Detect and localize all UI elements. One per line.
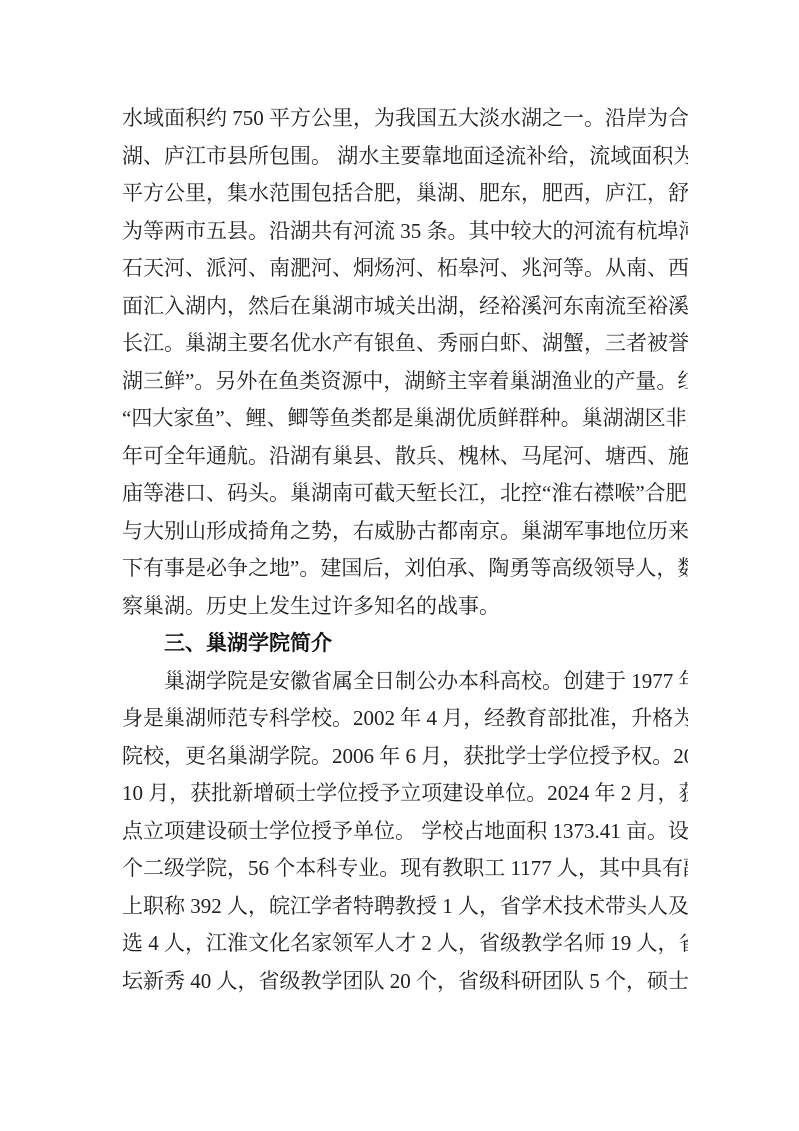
section-heading: 三、巢湖学院简介	[122, 625, 688, 663]
text-line: 坛新秀 40 人，省级教学团队 20 个，省级科研团队 5 个，硕士研究生	[122, 963, 688, 1001]
text-line: “四大家鱼”、鲤、鲫等鱼类都是巢湖优质鲜群种。巢湖湖区非大旱	[122, 400, 688, 438]
text-line: 院校，更名巢湖学院。2006 年 6 月，获批学士学位授予权。2019 年	[122, 738, 688, 776]
text-line: 湖三鲜”。另外在鱼类资源中，湖鲚主宰着巢湖渔业的产量。红鲌、	[122, 363, 688, 401]
text-line: 石天河、派河、南淝河、烔炀河、柘皋河、兆河等。从南、西、北三	[122, 250, 688, 288]
text-line: 平方公里，集水范围包括合肥，巢湖、肥东，肥西，庐江，舒城、无	[122, 175, 688, 213]
text-line: 与大别山形成掎角之势，右威胁古都南京。巢湖军事地位历来为“天	[122, 513, 688, 551]
text-line: 巢湖学院是安徽省属全日制公办本科高校。创建于 1977 年，前	[122, 663, 688, 701]
text-line: 上职称 392 人，皖江学者特聘教授 1 人，省学术技术带头人及后备人	[122, 888, 688, 926]
text-line: 身是巢湖师范专科学校。2002 年 4 月，经教育部批准，升格为本科	[122, 700, 688, 738]
text-block: 水域面积约 750 平方公里，为我国五大淡水湖之一。沿岸为合肥、巢 湖、庐江市县…	[122, 100, 688, 1000]
text-line: 庙等港口、码头。巢湖南可截天堑长江，北控“淮右襟喉”合肥，左	[122, 475, 688, 513]
text-line: 10 月，获批新增硕士学位授予立项建设单位。2024 年 2 月，获批重	[122, 775, 688, 813]
text-line: 察巢湖。历史上发生过许多知名的战事。	[122, 588, 688, 626]
text-line: 点立项建设硕士学位授予单位。 学校占地面积 1373.41 亩。设有 15	[122, 813, 688, 851]
text-line: 长江。巢湖主要名优水产有银鱼、秀丽白虾、湖蟹，三者被誉为“巢	[122, 325, 688, 363]
text-line: 湖、庐江市县所包围。 湖水主要靠地面迳流补给，流域面积为 13486	[122, 138, 688, 176]
text-line: 选 4 人，江淮文化名家领军人才 2 人，省级教学名师 19 人，省级教	[122, 925, 688, 963]
text-line: 水域面积约 750 平方公里，为我国五大淡水湖之一。沿岸为合肥、巢	[122, 100, 688, 138]
document-page: 水域面积约 750 平方公里，为我国五大淡水湖之一。沿岸为合肥、巢 湖、庐江市县…	[0, 0, 799, 1131]
text-line: 面汇入湖内，然后在巢湖市城关出湖，经裕溪河东南流至裕溪口注入	[122, 288, 688, 326]
text-line: 个二级学院，56 个本科专业。现有教职工 1177 人，其中具有副高以	[122, 850, 688, 888]
text-line: 为等两市五县。沿湖共有河流 35 条。其中较大的河流有杭埠河、白	[122, 213, 688, 251]
text-line: 年可全年通航。沿湖有巢县、散兵、槐林、马尾河、塘西、施口、中	[122, 438, 688, 476]
text-line: 下有事是必争之地”。建国后，刘伯承、陶勇等高级领导人，数次视	[122, 550, 688, 588]
